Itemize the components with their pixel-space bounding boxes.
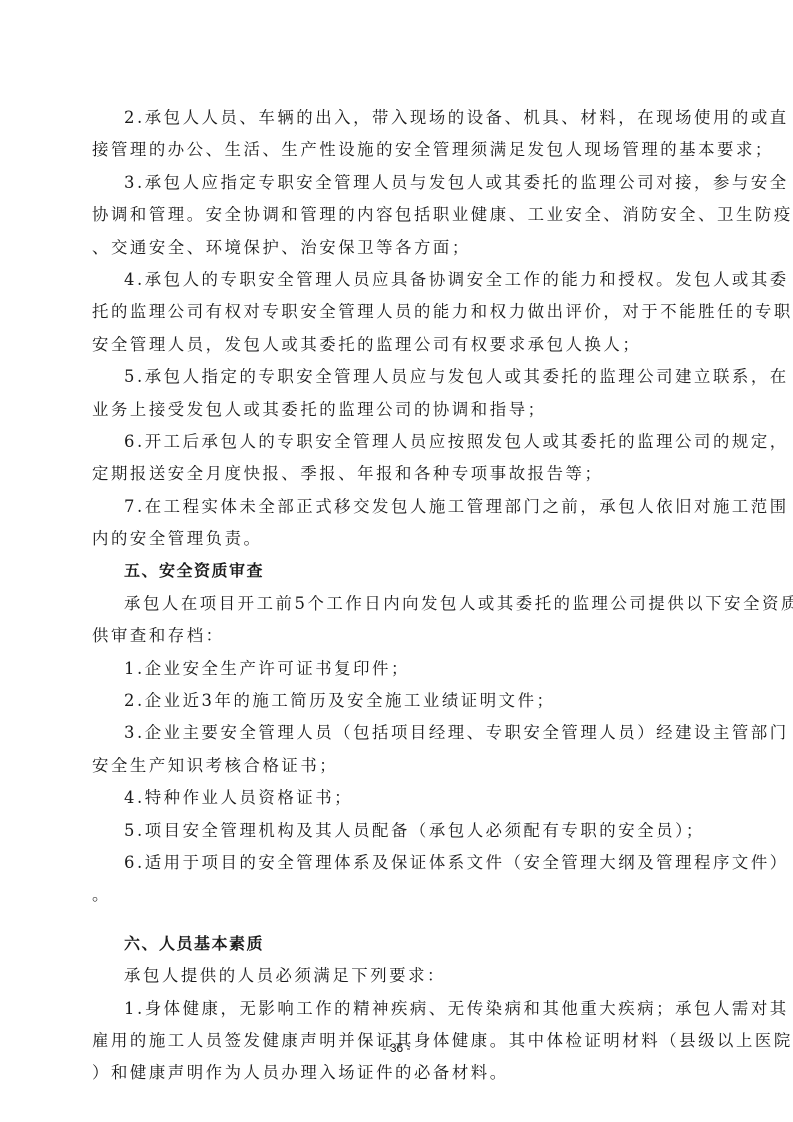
paragraph-line: 安全生产知识考核合格证书； [92, 750, 698, 782]
paragraph-line: 、交通安全、环境保护、治安保卫等各方面； [92, 232, 698, 264]
list-item: 5.项目安全管理机构及其人员配备（承包人必须配有专职的安全员）； [92, 815, 698, 847]
paragraph-line: 业务上接受发包人或其委托的监理公司的协调和指导； [92, 394, 698, 426]
list-item: 1.企业安全生产许可证书复印件； [92, 653, 698, 685]
paragraph-line: 承包人在项目开工前5个工作日内向发包人或其委托的监理公司提供以下安全资质 [92, 588, 698, 620]
list-item: 3.企业主要安全管理人员（包括项目经理、专职安全管理人员）经建设主管部门 [92, 717, 698, 749]
paragraph-line: 供审查和存档： [92, 620, 698, 652]
paragraph-line: 定期报送安全月度快报、季报、年报和各种专项事故报告等； [92, 458, 698, 490]
list-item: 6.适用于项目的安全管理体系及保证体系文件（安全管理大纲及管理程序文件） [92, 847, 698, 879]
paragraph-line: 5.承包人指定的专职安全管理人员应与发包人或其委托的监理公司建立联系，在 [92, 361, 698, 393]
spacer [92, 912, 698, 928]
paragraph-line: ）和健康声明作为人员办理入场证件的必备材料。 [92, 1057, 698, 1089]
paragraph-line: 协调和管理。安全协调和管理的内容包括职业健康、工业安全、消防安全、卫生防疫 [92, 199, 698, 231]
paragraph-line: 内的安全管理负责。 [92, 523, 698, 555]
document-page: 2.承包人人员、车辆的出入，带入现场的设备、机具、材料，在现场使用的或直 接管理… [92, 102, 698, 1090]
paragraph-line: 3.承包人应指定专职安全管理人员与发包人或其委托的监理公司对接，参与安全 [92, 167, 698, 199]
list-item: 1.身体健康，无影响工作的精神疾病、无传染病和其他重大疾病；承包人需对其 [92, 993, 698, 1025]
paragraph-line: 接管理的办公、生活、生产性设施的安全管理须满足发包人现场管理的基本要求； [92, 134, 698, 166]
section-heading-safety-qualification: 五、安全资质审查 [92, 555, 698, 587]
paragraph-line: 。 [92, 879, 698, 911]
paragraph-line: 托的监理公司有权对专职安全管理人员的能力和权力做出评价，对于不能胜任的专职 [92, 296, 698, 328]
section-heading-personnel-quality: 六、人员基本素质 [92, 928, 698, 960]
paragraph-line: 安全管理人员，发包人或其委托的监理公司有权要求承包人换人； [92, 329, 698, 361]
page-number: - 36 - [0, 1041, 793, 1055]
paragraph-line: 4.承包人的专职安全管理人员应具备协调安全工作的能力和授权。发包人或其委 [92, 264, 698, 296]
paragraph-line: 6.开工后承包人的专职安全管理人员应按照发包人或其委托的监理公司的规定， [92, 426, 698, 458]
paragraph-line: 2.承包人人员、车辆的出入，带入现场的设备、机具、材料，在现场使用的或直 [92, 102, 698, 134]
list-item: 4.特种作业人员资格证书； [92, 782, 698, 814]
paragraph-line: 7.在工程实体未全部正式移交发包人施工管理部门之前，承包人依旧对施工范围 [92, 491, 698, 523]
list-item: 2.企业近3年的施工简历及安全施工业绩证明文件； [92, 685, 698, 717]
paragraph-line: 承包人提供的人员必须满足下列要求： [92, 960, 698, 992]
